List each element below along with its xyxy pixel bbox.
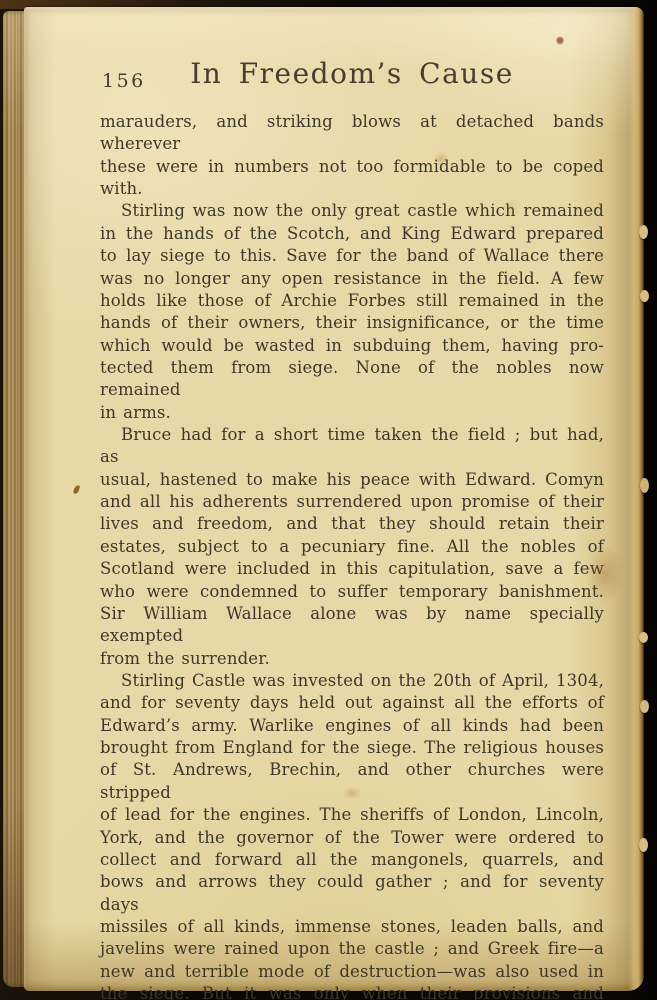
page-header: 156 In Freedom’s Cause	[100, 55, 604, 105]
text-line: hands of their owners, their insignifica…	[100, 312, 604, 334]
text-line: of lead for the engines. The sheriffs of…	[100, 804, 604, 826]
paragraph: marauders, and striking blows at detache…	[100, 111, 604, 200]
paragraph: Stirling was now the only great castle w…	[100, 200, 604, 424]
text-line: in the hands of the Scotch, and King Edw…	[100, 223, 604, 245]
text-line: marauders, and striking blows at detache…	[100, 111, 604, 156]
page-edge-notch	[639, 225, 648, 239]
page-edge-notch	[640, 478, 649, 493]
text-line: York, and the governor of the Tower were…	[100, 827, 604, 849]
text-line: Bruce had for a short time taken the fie…	[100, 424, 604, 469]
text-line: brought from England for the siege. The …	[100, 737, 604, 759]
text-line: from the surrender.	[100, 648, 604, 670]
page-edge-notch	[639, 632, 648, 643]
paragraph: Stirling Castle was invested on the 20th…	[100, 670, 604, 1000]
text-line: Stirling Castle was invested on the 20th…	[100, 670, 604, 692]
text-line: Stirling was now the only great castle w…	[100, 200, 604, 222]
printed-content: 156 In Freedom’s Cause marauders, and st…	[100, 55, 604, 1000]
text-line: of St. Andrews, Brechin, and other churc…	[100, 759, 604, 804]
text-line: new and terrible mode of destruction—was…	[100, 961, 604, 983]
text-line: Edward’s army. Warlike engines of all ki…	[100, 715, 604, 737]
book-page: 156 In Freedom’s Cause marauders, and st…	[24, 7, 644, 991]
text-line: and all his adherents surrendered upon p…	[100, 491, 604, 513]
text-line: the siege. But it was only when their pr…	[100, 983, 604, 1000]
text-line: javelins were rained upon the castle ; a…	[100, 938, 604, 960]
text-line: was no longer any open resistance in the…	[100, 268, 604, 290]
text-line: these were in numbers not too formidable…	[100, 156, 604, 178]
text-line: usual, hastened to make his peace with E…	[100, 469, 604, 491]
text-line: holds like those of Archie Forbes still …	[100, 290, 604, 312]
page-edge-notch	[640, 700, 649, 713]
paragraph: Bruce had for a short time taken the fie…	[100, 424, 604, 670]
text-line: which would be wasted in subduing them, …	[100, 335, 604, 357]
text-line: with.	[100, 178, 604, 200]
running-title: In Freedom’s Cause	[100, 57, 604, 90]
text-line: Scotland were included in this capitulat…	[100, 558, 604, 580]
text-line: Sir William Wallace alone was by name sp…	[100, 603, 604, 648]
text-line: tected them from siege. None of the nobl…	[100, 357, 604, 402]
text-line: estates, subject to a pecuniary fine. Al…	[100, 536, 604, 558]
text-line: lives and freedom, and that they should …	[100, 513, 604, 535]
text-line: missiles of all kinds, immense stones, l…	[100, 916, 604, 938]
scanned-book-photo: 156 In Freedom’s Cause marauders, and st…	[0, 0, 657, 1000]
text-line: in arms.	[100, 402, 604, 424]
text-line: bows and arrows they could gather ; and …	[100, 871, 604, 916]
text-line: to lay siege to this. Save for the band …	[100, 245, 604, 267]
text-line: who were condemned to suffer temporary b…	[100, 581, 604, 603]
page-body: marauders, and striking blows at detache…	[100, 111, 604, 1000]
page-edge-notch	[639, 838, 648, 852]
text-line: and for seventy days held out against al…	[100, 692, 604, 714]
page-edge-notch	[640, 290, 649, 302]
text-line: collect and forward all the mangonels, q…	[100, 849, 604, 871]
